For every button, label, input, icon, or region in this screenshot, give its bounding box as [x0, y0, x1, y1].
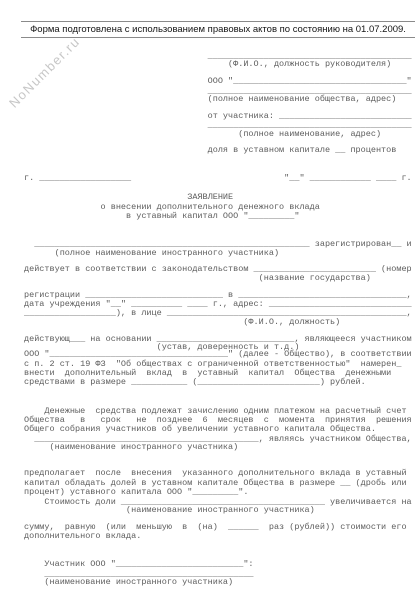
form-note: Форма подготовлена с использованием прав… — [21, 21, 415, 38]
document-page: NoNumber.ru Форма подготовлена с использ… — [0, 0, 420, 600]
doc-line: дополнительного вклада. — [24, 532, 416, 541]
document-body: ________________________________________… — [24, 52, 416, 585]
doc-line: в уставный капитал ООО "_________" — [24, 212, 416, 221]
doc-caption-line: (полное наименование общества, адрес) — [24, 96, 416, 102]
doc-caption-line: (название государства) — [24, 275, 416, 281]
doc-line: г. __________________ "__" ____________ … — [24, 174, 416, 183]
doc-line: доля в уставном капитале __ процентов — [24, 146, 416, 155]
doc-line — [24, 221, 416, 230]
doc-line — [24, 388, 416, 397]
doc-caption-line: (Ф.И.О., должность руководителя) — [24, 61, 416, 67]
doc-caption-line: (наименование иностранного участника) — [24, 579, 416, 585]
doc-line: средствами в размере ___________ (______… — [24, 378, 416, 387]
doc-line — [24, 156, 416, 165]
doc-line — [24, 541, 416, 550]
doc-caption-line: (полное наименование, адрес) — [24, 131, 416, 137]
